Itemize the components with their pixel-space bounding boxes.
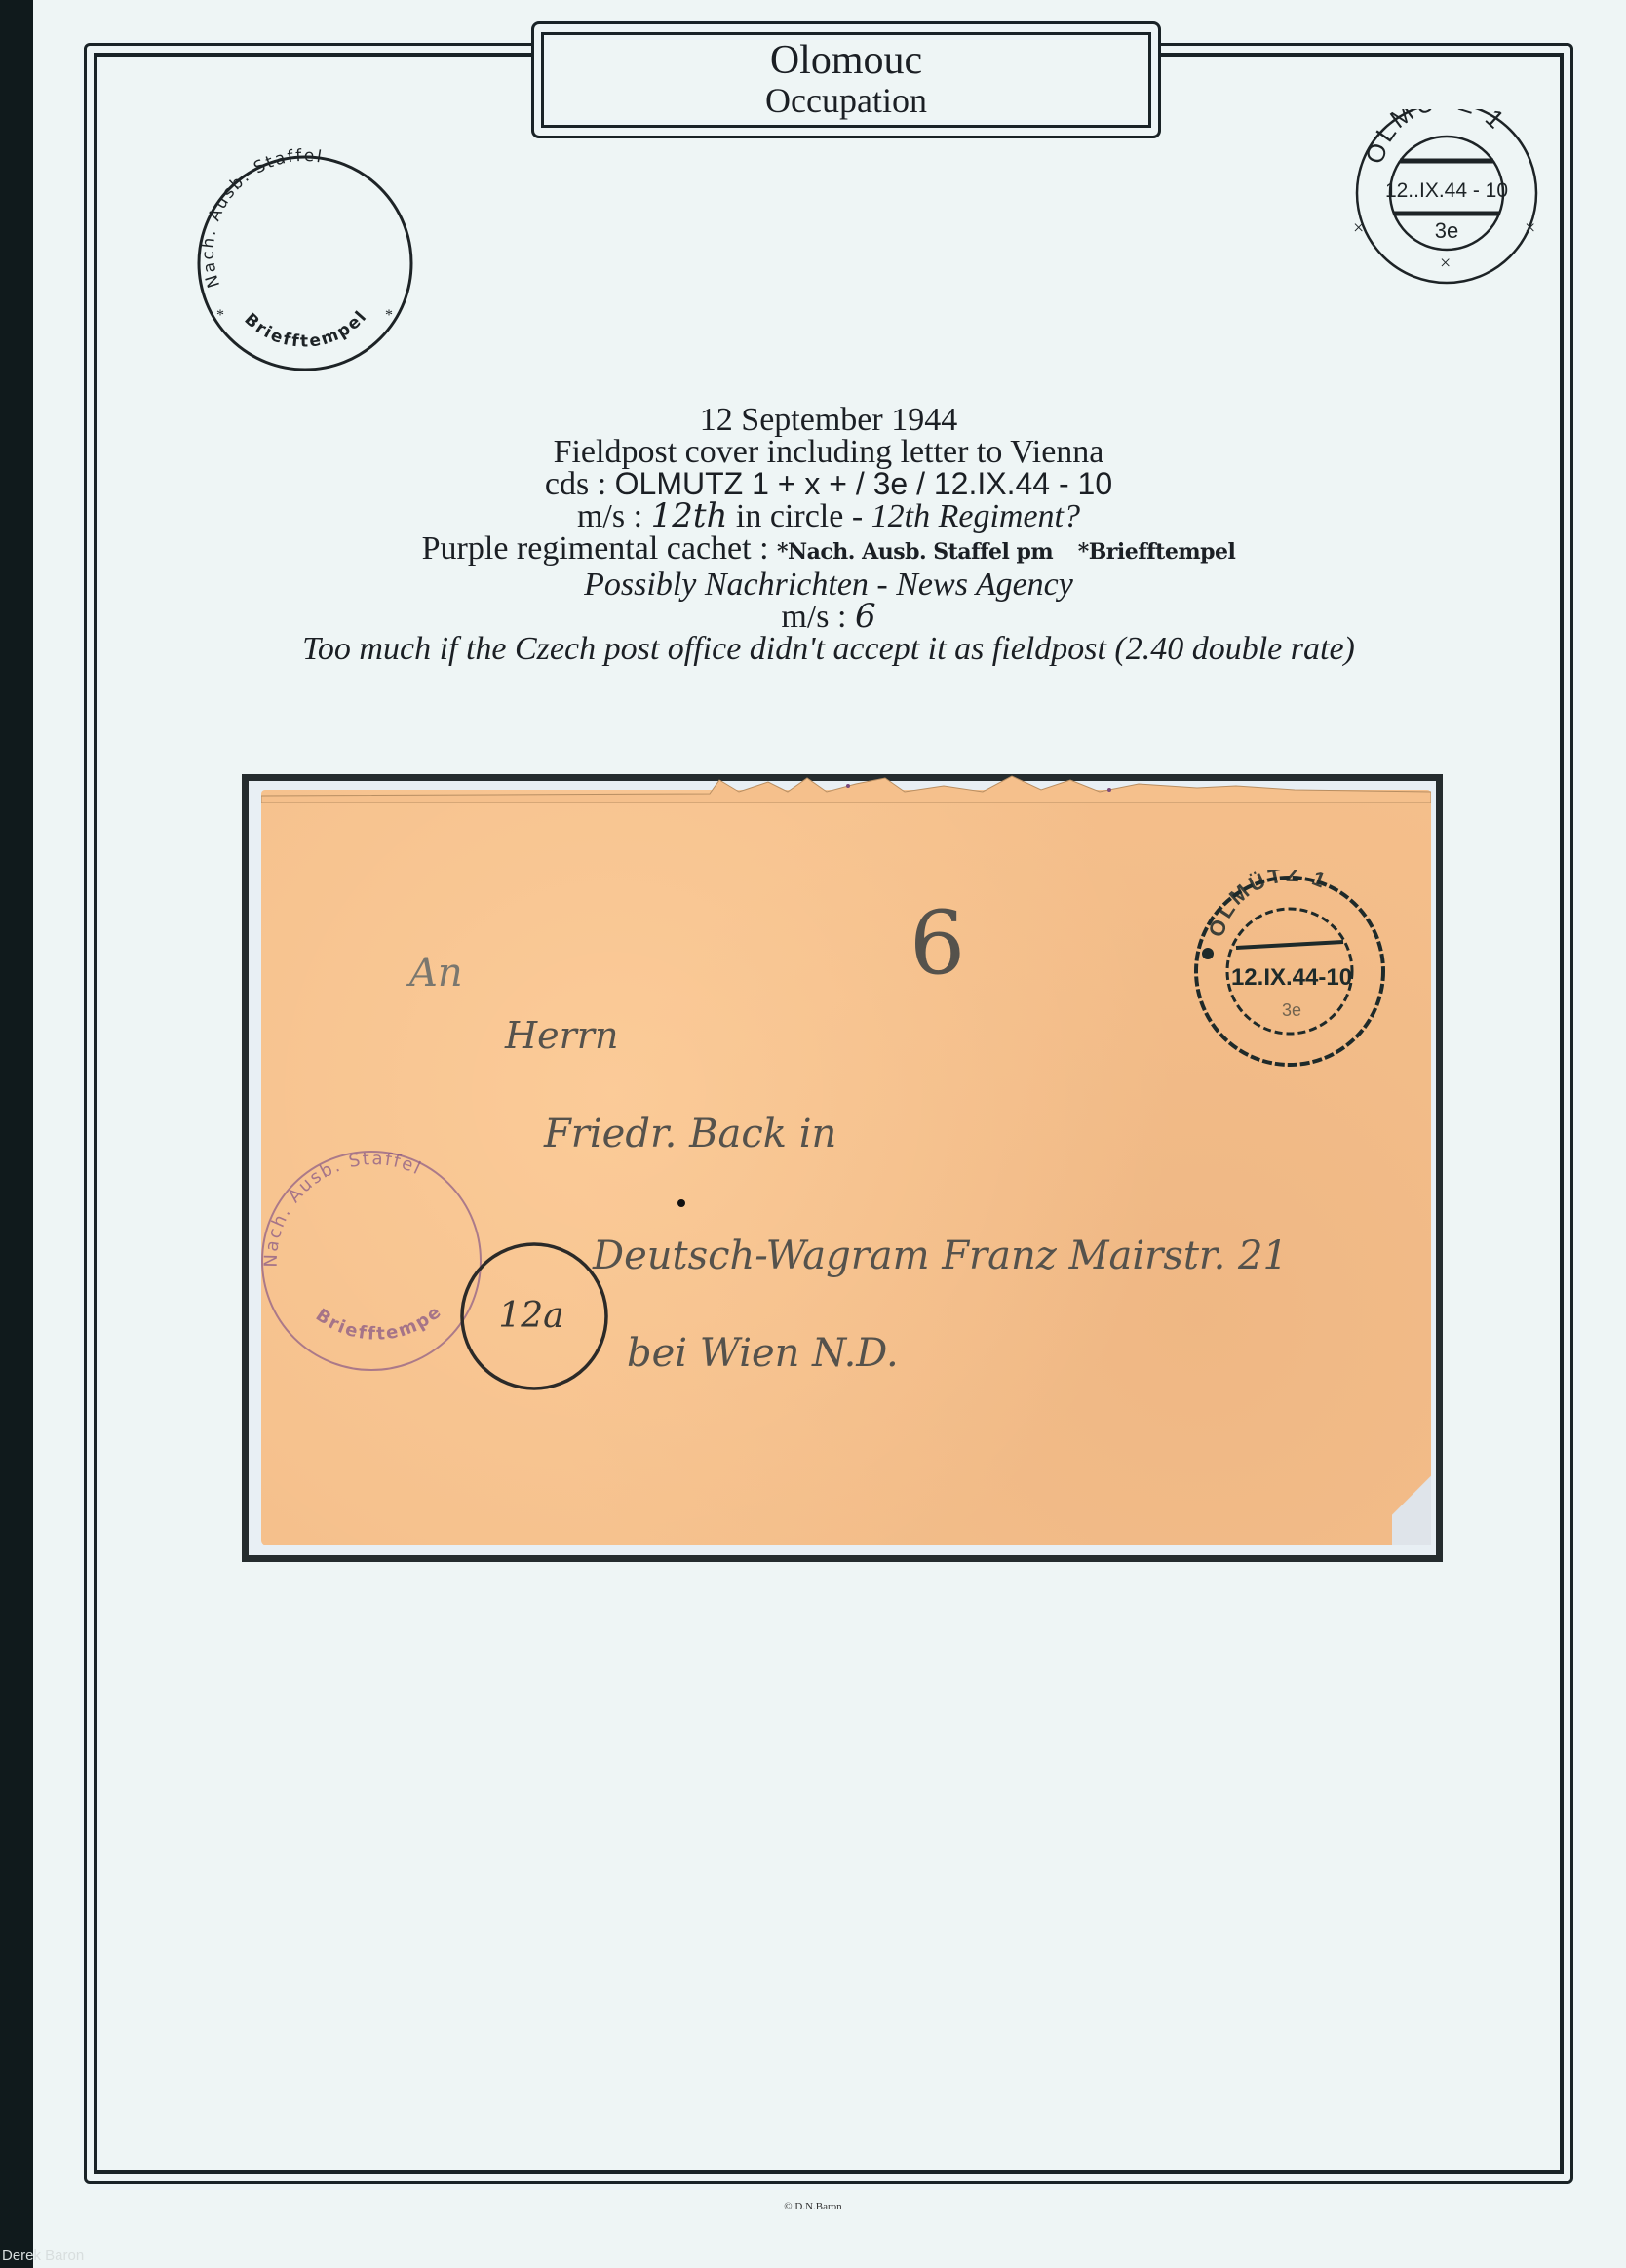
manuscript-circle-line: m/s : 12th in circle - 12th Regiment? bbox=[175, 500, 1482, 532]
manuscript-circle-mark: 12a bbox=[451, 1233, 617, 1399]
cds-date-text: 12..IX.44 - 10 bbox=[1385, 179, 1508, 202]
cachet-top-text: Nach. Ausb. Staffel bbox=[199, 146, 325, 290]
description-block: 12 September 1944 Fieldpost cover includ… bbox=[175, 404, 1482, 665]
watermark: Derek Baron bbox=[2, 2248, 84, 2264]
handwriting-name: Friedr. Back in bbox=[544, 1112, 836, 1156]
cds-illustration: OLMÜTZ 1 12..IX.44 - 10 3e × × × bbox=[1343, 109, 1548, 285]
cachet-bottom-text: Briefftempel bbox=[241, 306, 372, 351]
cds-line: cds : OLMUTZ 1 + x + / 3e / 12.IX.44 - 1… bbox=[175, 468, 1482, 500]
svg-text:12a: 12a bbox=[498, 1296, 563, 1336]
manuscript-rate-value: 6 bbox=[855, 597, 876, 636]
manuscript-rate-line: m/s : 6 bbox=[175, 601, 1482, 633]
envelope-cover: An Herrn Friedr. Back in Deutsch-Wagram … bbox=[261, 790, 1431, 1545]
cachet-line: Purple regimental cachet : *Nach. Ausb. … bbox=[175, 532, 1482, 568]
star-icon: * bbox=[385, 307, 393, 324]
cross-ornament-icon: × bbox=[1440, 253, 1451, 274]
album-binding-edge bbox=[0, 0, 33, 2268]
corner-crease bbox=[1392, 1467, 1431, 1545]
cover-date: 12 September 1944 bbox=[175, 404, 1482, 436]
rate-note: Too much if the Czech post office didn't… bbox=[175, 633, 1482, 665]
cds-code-text: 3e bbox=[1435, 218, 1458, 243]
cover-summary: Fieldpost cover including letter to Vien… bbox=[175, 436, 1482, 468]
torn-edge bbox=[261, 774, 1431, 803]
handwriting-address: Deutsch-Wagram Franz Mairstr. 21 bbox=[593, 1233, 1288, 1278]
cachet-text-bottom: *Briefftempel bbox=[1078, 539, 1236, 565]
possibly-note: Possibly Nachrichten - News Agency bbox=[175, 568, 1482, 601]
cross-ornament-icon: × bbox=[1353, 217, 1364, 239]
ink-spot bbox=[677, 1199, 685, 1207]
svg-text:OLMÜTZ 1: OLMÜTZ 1 bbox=[1204, 870, 1332, 940]
svg-text:12.IX.44-10: 12.IX.44-10 bbox=[1231, 964, 1352, 991]
star-icon: * bbox=[216, 307, 224, 324]
copyright-notice: © D.N.Baron bbox=[0, 2201, 1626, 2212]
page-subtitle: Occupation bbox=[544, 82, 1148, 119]
svg-text:Nach. Ausb. Staffel: Nach. Ausb. Staffel bbox=[261, 1149, 426, 1268]
handwritten-rate: 6 bbox=[910, 892, 965, 995]
title-box-inner: Olomouc Occupation bbox=[541, 32, 1151, 128]
cover-postmark: OLMÜTZ 1 12.IX.44-10 3e bbox=[1182, 870, 1397, 1075]
regiment-note: 12th Regiment? bbox=[871, 498, 1080, 534]
svg-text:3e: 3e bbox=[1282, 1000, 1301, 1020]
cachet-illustration: Nach. Ausb. Staffel Briefftempel * * bbox=[177, 144, 431, 378]
cross-ornament-icon: × bbox=[1525, 217, 1535, 239]
page-title: Olomouc bbox=[544, 39, 1148, 82]
handwriting-herrn: Herrn bbox=[505, 1014, 618, 1057]
cachet-text-top: *Nach. Ausb. Staffel pm bbox=[777, 539, 1053, 565]
handwriting-an: An bbox=[409, 951, 463, 996]
manuscript-value: 12th bbox=[651, 496, 728, 535]
handwriting-city: bei Wien N.D. bbox=[627, 1331, 899, 1376]
